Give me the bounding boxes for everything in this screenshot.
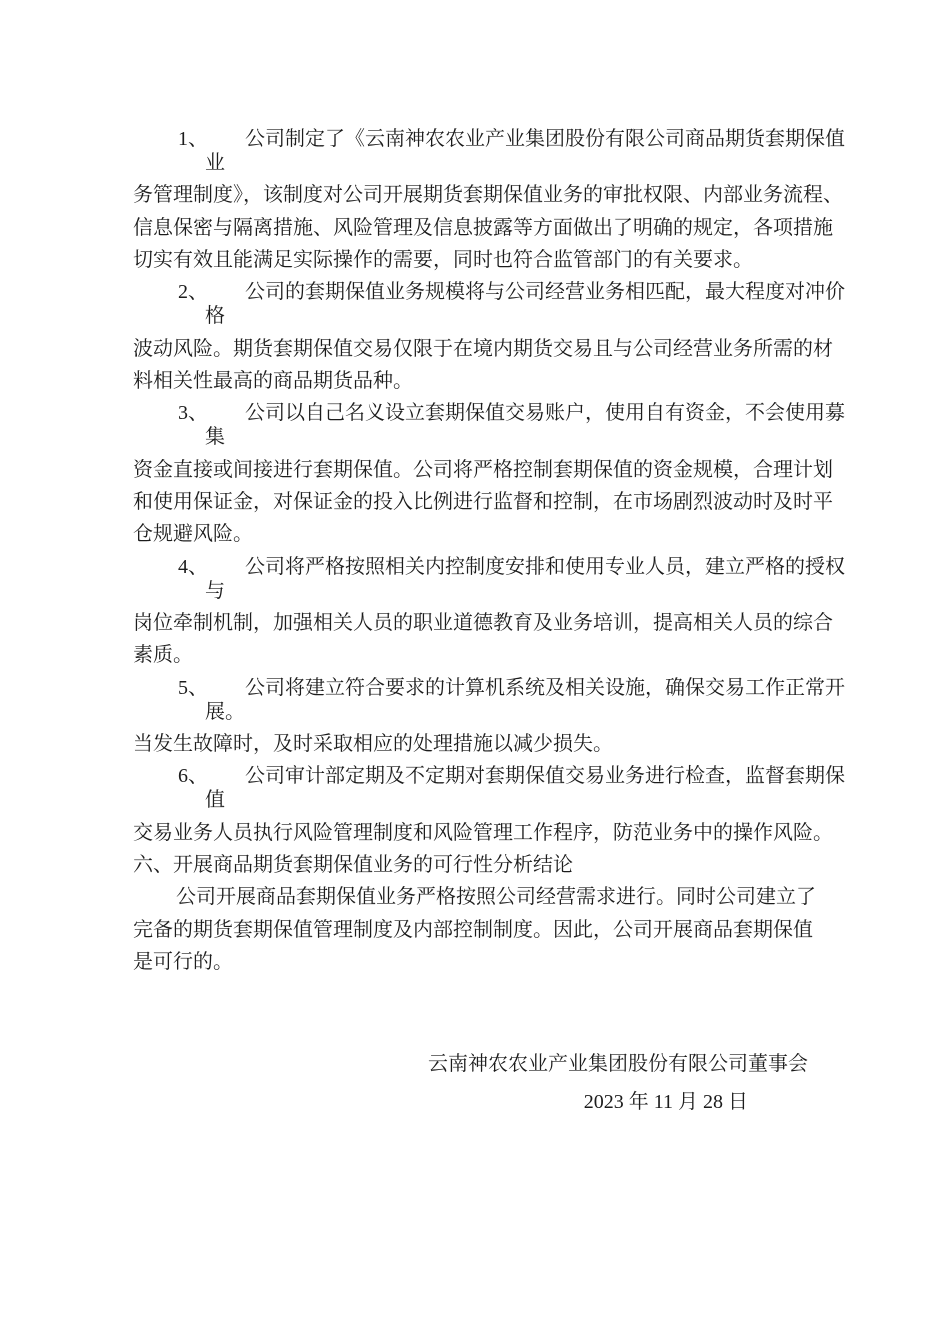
hang-line: 与 — [133, 579, 833, 611]
date-line: 2023 年 11 月 28 日 — [133, 1090, 833, 1122]
body-line: 当发生故障时，及时采取相应的处理措施以减少损失。 — [133, 732, 833, 764]
line-text: 公司将建立符合要求的计算机系统及相关设施，确保交易工作正常开 — [245, 677, 845, 699]
list-number-4: 4、 — [178, 555, 245, 579]
body-line: 岗位牵制机制，加强相关人员的职业道德教育及业务培训，提高相关人员的综合 — [133, 611, 833, 643]
body-line: 波动风险。期货套期保值交易仅限于在境内期货交易且与公司经营业务所需的材 — [133, 337, 833, 369]
hang-line: 集 — [133, 425, 833, 457]
list-item-line-3: 3、公司以自己名义设立套期保值交易账户，使用自有资金，不会使用募 — [133, 401, 833, 425]
body-line: 资金直接或间接进行套期保值。公司将严格控制套期保值的资金规模，合理计划 — [133, 458, 833, 490]
list-item-line-5: 5、公司将建立符合要求的计算机系统及相关设施，确保交易工作正常开 — [133, 676, 833, 700]
list-item-line-4: 4、公司将严格按照相关内控制度安排和使用专业人员，建立严格的授权 — [133, 555, 833, 579]
paragraph-first-line: 公司开展商品套期保值业务严格按照公司经营需求进行。同时公司建立了 — [133, 885, 833, 917]
list-item-line-2: 2、公司的套期保值业务规模将与公司经营业务相匹配，最大程度对冲价 — [133, 280, 833, 304]
list-number-2: 2、 — [178, 280, 245, 304]
body-line: 仓规避风险。 — [133, 522, 833, 554]
list-item-line-6: 6、公司审计部定期及不定期对套期保值交易业务进行检查，监督套期保 — [133, 764, 833, 788]
line-text: 公司审计部定期及不定期对套期保值交易业务进行检查，监督套期保 — [245, 765, 845, 787]
hang-line: 业 — [133, 151, 833, 183]
document-body: 1、公司制定了《云南神农农业产业集团股份有限公司商品期货套期保值 业 务管理制度… — [133, 127, 833, 1122]
document-page: 1、公司制定了《云南神农农业产业集团股份有限公司商品期货套期保值 业 务管理制度… — [0, 0, 950, 1344]
line-text: 公司将严格按照相关内控制度安排和使用专业人员，建立严格的授权 — [245, 556, 845, 578]
signature-block: 云南神农农业产业集团股份有限公司董事会 2023 年 11 月 28 日 — [133, 1052, 833, 1122]
line-text: 公司的套期保值业务规模将与公司经营业务相匹配，最大程度对冲价 — [245, 281, 845, 303]
line-text: 公司以自己名义设立套期保值交易账户，使用自有资金，不会使用募 — [245, 402, 845, 424]
body-line: 料相关性最高的商品期货品种。 — [133, 369, 833, 401]
hang-line: 展。 — [133, 700, 833, 732]
signature-line: 云南神农农业产业集团股份有限公司董事会 — [133, 1052, 833, 1084]
line-text: 公司制定了《云南神农农业产业集团股份有限公司商品期货套期保值 — [245, 128, 845, 150]
body-line: 和使用保证金，对保证金的投入比例进行监督和控制，在市场剧烈波动时及时平 — [133, 490, 833, 522]
body-line: 信息保密与隔离措施、风险管理及信息披露等方面做出了明确的规定，各项措施 — [133, 216, 833, 248]
body-line: 切实有效且能满足实际操作的需要，同时也符合监管部门的有关要求。 — [133, 248, 833, 280]
section-heading: 六、开展商品期货套期保值业务的可行性分析结论 — [133, 853, 833, 885]
body-line: 务管理制度》，该制度对公司开展期货套期保值业务的审批权限、内部业务流程、 — [133, 183, 833, 215]
hang-line: 值 — [133, 788, 833, 820]
list-number-3: 3、 — [178, 401, 245, 425]
body-line: 交易业务人员执行风险管理制度和风险管理工作程序，防范业务中的操作风险。 — [133, 821, 833, 853]
list-number-6: 6、 — [178, 764, 245, 788]
body-line: 素质。 — [133, 643, 833, 675]
body-line: 是可行的。 — [133, 950, 833, 982]
list-number-5: 5、 — [178, 676, 245, 700]
body-line: 完备的期货套期保值管理制度及内部控制制度。因此，公司开展商品套期保值 — [133, 918, 833, 950]
list-item-line-1: 1、公司制定了《云南神农农业产业集团股份有限公司商品期货套期保值 — [133, 127, 833, 151]
list-number-1: 1、 — [178, 127, 245, 151]
hang-line: 格 — [133, 304, 833, 336]
